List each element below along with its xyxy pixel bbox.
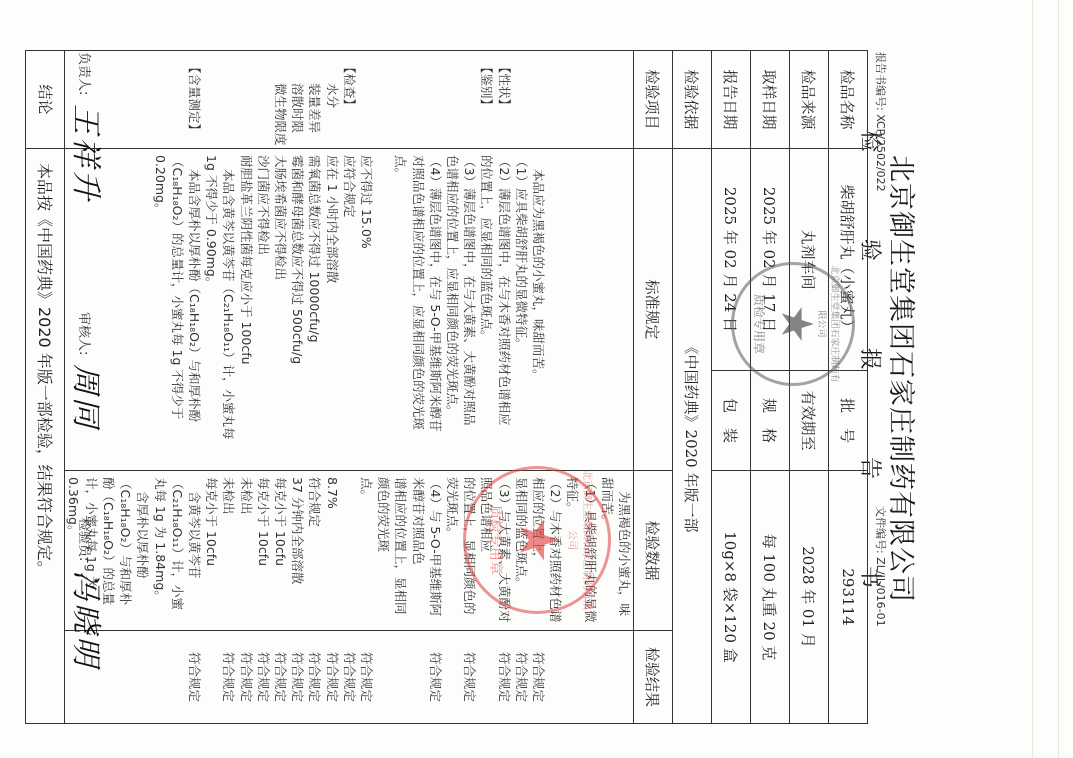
batch-number-label: 批 号	[829, 371, 868, 471]
test-item	[255, 83, 272, 142]
report-number-value: XCP/2502/022	[874, 114, 887, 191]
test-item	[203, 83, 220, 142]
result-line: 符合规定	[513, 637, 530, 717]
reviewer-name: 周同	[67, 364, 111, 430]
standard-line: 本品含黄芩以黄芩苷（C₂₁H₁₈O₁₁）计，小蜜丸每	[220, 155, 237, 464]
reviewer-label: 审核人:	[76, 312, 91, 355]
result-line: 符合规定	[272, 637, 289, 717]
result-line: 符合规定	[289, 637, 306, 717]
info-row-sampling-date: 取样日期 2025 年 02 月 17 日 规 格 每 100 丸重 20 克	[751, 51, 790, 724]
standard-line: 耐胆盐革兰阴性菌每克应小于 100cfu	[237, 155, 254, 464]
result-line	[444, 637, 461, 717]
responsible-name: 王祥升	[67, 104, 111, 203]
test-item	[358, 83, 375, 142]
result-line: 符合规定	[495, 637, 512, 717]
report-date-label: 报告日期	[712, 51, 751, 149]
data-line: 未检出	[237, 477, 254, 624]
test-item	[375, 83, 392, 142]
basis-value: 《中国药典》2020 年版一部	[673, 149, 712, 724]
column-header-standard: 标准规定	[634, 149, 673, 471]
report-number-label: 报告书编号:	[874, 52, 887, 111]
conclusion-label: 结论	[26, 51, 65, 149]
inspection-report-page: 北京御生堂集团石家庄制药有限公司 检 验 报 告 书 报告书编号: XCP/25…	[0, 0, 1073, 758]
file-number: 文件编号: ZL/JL/016-01	[873, 506, 889, 627]
responsible-label: 负责人:	[76, 52, 91, 95]
test-item: 装量差异	[306, 83, 323, 142]
data-line: 符合规定	[306, 477, 323, 624]
test-item: 【鉴别】	[478, 61, 495, 142]
standard-line: 应不得过 15.0%	[358, 155, 375, 464]
scan-artifact	[1032, 0, 1033, 758]
packaging-label: 包 装	[712, 371, 751, 471]
company-name: 北京御生堂集团石家庄制药有限公司	[884, 0, 923, 758]
standard-line: 大肠埃希菌应不得检出	[272, 155, 289, 464]
test-item: 微生物限度	[272, 83, 289, 142]
standard-line: 应符合规定	[341, 155, 358, 464]
result-line: 符合规定	[530, 637, 547, 717]
result-line: 符合规定	[220, 637, 237, 717]
data-line: 8.7%	[323, 477, 340, 624]
data-line	[341, 477, 358, 624]
result-line: 符合规定	[427, 637, 444, 717]
sampling-date-label: 取样日期	[751, 51, 790, 149]
standard-line: 色谱相应的位置上，应显相同颜色的荧光斑点。	[444, 155, 461, 464]
data-line: 含黄芩以黄芩苷（C₂₁H₁₈O₁₁）计，小蜜	[169, 477, 203, 624]
standard-line: （2）薄层色谱图中，在与木香对照药材色谱相应	[495, 155, 512, 464]
packaging-value: 10g×8 袋×120 盒	[712, 471, 751, 724]
test-item	[461, 83, 478, 142]
result-line: 符合规定	[237, 637, 254, 717]
test-details-row: 【性状】【鉴别】 【检查】水分装量差异溶散时限微生物限度 【含量测定】 本品应为…	[65, 51, 634, 724]
standard-line: （C₁₈H₁₈O₂）的总量计，小蜜丸每 1g 不得少于	[169, 155, 186, 464]
standard-line: 沙门菌应不得检出	[255, 155, 272, 464]
test-item	[392, 83, 409, 142]
test-item: 【性状】	[495, 61, 512, 142]
result-line: 符合规定	[306, 637, 323, 717]
inspection-table: 检品名称 柴胡舒肝丸（小蜜丸） 批 号 293114 检品来源 丸剂车间 有效期…	[25, 50, 868, 724]
data-line: 每克小于 10cfu	[203, 477, 220, 624]
gray-quality-seal: 北京御生堂集团石家庄制药有限公司 ★ 质检专用章	[731, 262, 855, 386]
standard-line: 需氧菌总数应不得过 10000cfu/g	[306, 155, 323, 464]
file-number-label: 文件编号:	[874, 506, 887, 554]
standard-line: （1）应具柴胡舒肝丸的显微特征。	[513, 155, 530, 464]
column-header-row: 检验项目 标准规定 检验数据 检验结果	[634, 51, 673, 724]
sample-source-label: 检品来源	[790, 51, 829, 149]
test-item: 水分	[323, 83, 340, 142]
seal-label: 质检专用章	[486, 469, 506, 611]
standard-line: 0.20mg。	[151, 155, 168, 464]
batch-number-value: 293114	[829, 471, 868, 724]
standard-line: 1g 不得少于 0.90mg。	[203, 155, 220, 464]
data-line: （4）与 5-O-甲基维斯阿米醇苷对照品色	[409, 477, 443, 624]
reviewer-signature: 审核人: 周同	[76, 312, 95, 355]
test-item: 溶散时限	[289, 83, 306, 142]
data-line: 点。	[358, 477, 375, 624]
specification-label: 规 格	[751, 371, 790, 471]
test-results: 符合规定符合规定符合规定 符合规定 符合规定 符合规定符合规定符合规定符合规定符…	[65, 631, 634, 724]
seal-label: 质检专用章	[751, 265, 768, 383]
result-line: 符合规定	[341, 637, 358, 717]
inspector-label: 检验员:	[76, 518, 91, 561]
column-header-data: 检验数据	[634, 471, 673, 631]
result-line: 符合规定	[461, 637, 478, 717]
result-line: 符合规定	[186, 637, 203, 717]
red-quality-seal: 北京御生堂集团石家庄制药有限公司 ★ 质检专用章	[463, 466, 611, 614]
result-line: 符合规定	[323, 637, 340, 717]
report-number: 报告书编号: XCP/2502/022	[873, 52, 889, 192]
column-header-result: 检验结果	[634, 631, 673, 724]
result-line	[375, 637, 392, 717]
result-line	[392, 637, 409, 717]
data-line: 谱相应的位置上，显相同颜色的荧光斑	[375, 477, 409, 624]
basis-label: 检验依据	[673, 51, 712, 149]
column-header-item: 检验项目	[634, 51, 673, 149]
standard-line: 对照品色谱相应的位置上，应显相同颜色的荧光斑	[409, 155, 426, 464]
result-line: 符合规定	[358, 637, 375, 717]
info-row-basis: 检验依据 《中国药典》2020 年版一部	[673, 51, 712, 724]
scan-artifact	[1058, 0, 1059, 758]
info-row-report-date: 报告日期 2025 年 02 月 24 日 包 装 10g×8 袋×120 盒	[712, 51, 751, 724]
data-line: 37 分钟内全部溶散	[289, 477, 306, 624]
data-line: 每克小于 10cfu	[272, 477, 289, 624]
standard-line: 点。	[392, 155, 409, 464]
standard-line: 本品应为黑褐色的小蜜丸，味甜而苦。	[530, 155, 547, 464]
result-line	[203, 637, 220, 717]
expiry-value: 2028 年 01 月	[790, 471, 829, 724]
result-line	[151, 637, 168, 717]
specification-value: 每 100 丸重 20 克	[751, 471, 790, 724]
inspector-name: 冯晓明	[67, 570, 111, 669]
result-line	[169, 637, 186, 717]
sample-name-label: 检品名称	[829, 51, 868, 149]
standard-line: 应在 1 小时内全部溶散	[323, 155, 340, 464]
result-line	[478, 637, 495, 717]
test-items-list: 【性状】【鉴别】 【检查】水分装量差异溶散时限微生物限度 【含量测定】	[65, 51, 634, 149]
data-line: 含厚朴以厚朴酚（C₁₈H₁₈O₂）与和厚朴	[117, 477, 151, 624]
star-icon: ★	[507, 469, 570, 611]
conclusion-row: 结论 本品按《中国药典》2020 年版一部检验，结果符合规定。	[26, 51, 65, 724]
standard-line: 霉菌和酵母菌总数应不得过 500cfu/g	[289, 155, 306, 464]
responsible-signature: 负责人: 王祥升	[76, 52, 95, 95]
standard-requirements: 本品应为黑褐色的小蜜丸，味甜而苦。（1）应具柴胡舒肝丸的显微特征。（2）薄层色谱…	[65, 149, 634, 471]
test-item	[409, 83, 426, 142]
data-line: 丸每 1g 为 1.84mg。	[151, 477, 168, 624]
test-item	[444, 83, 461, 142]
standard-line: 本品含厚朴以厚朴酚（C₁₈H₁₈O₂）与和厚朴酚	[186, 155, 203, 464]
test-item	[237, 83, 254, 142]
inspector-signature: 检验员: 冯晓明	[76, 518, 95, 561]
standard-line: （4）薄层色谱图中，在与 5-O-甲基维斯阿米醇苷	[427, 155, 444, 464]
info-row-sample-name: 检品名称 柴胡舒肝丸（小蜜丸） 批 号 293114	[829, 51, 868, 724]
info-row-source: 检品来源 丸剂车间 有效期至 2028 年 01 月	[790, 51, 829, 724]
test-item: 【检查】	[341, 61, 358, 142]
test-item	[427, 83, 444, 142]
result-line	[409, 637, 426, 717]
test-item: 【含量测定】	[186, 61, 203, 142]
result-line: 符合规定	[255, 637, 272, 717]
test-item	[220, 83, 237, 142]
standard-line	[375, 155, 392, 464]
file-number-value: ZL/JL/016-01	[874, 557, 887, 626]
data-line: 每克小于 10cfu	[255, 477, 272, 624]
conclusion-text: 本品按《中国药典》2020 年版一部检验，结果符合规定。	[26, 149, 65, 724]
standard-line: （3）薄层色谱图中，在与大黄素、大黄酚对照品	[461, 155, 478, 464]
standard-line: 的位置上，应显相同的蓝色斑点。	[478, 155, 495, 464]
data-line: 未检出	[220, 477, 237, 624]
seal-ring-text: 北京御生堂集团石家庄制药有限公司	[566, 469, 596, 611]
star-icon: ★	[771, 265, 822, 383]
